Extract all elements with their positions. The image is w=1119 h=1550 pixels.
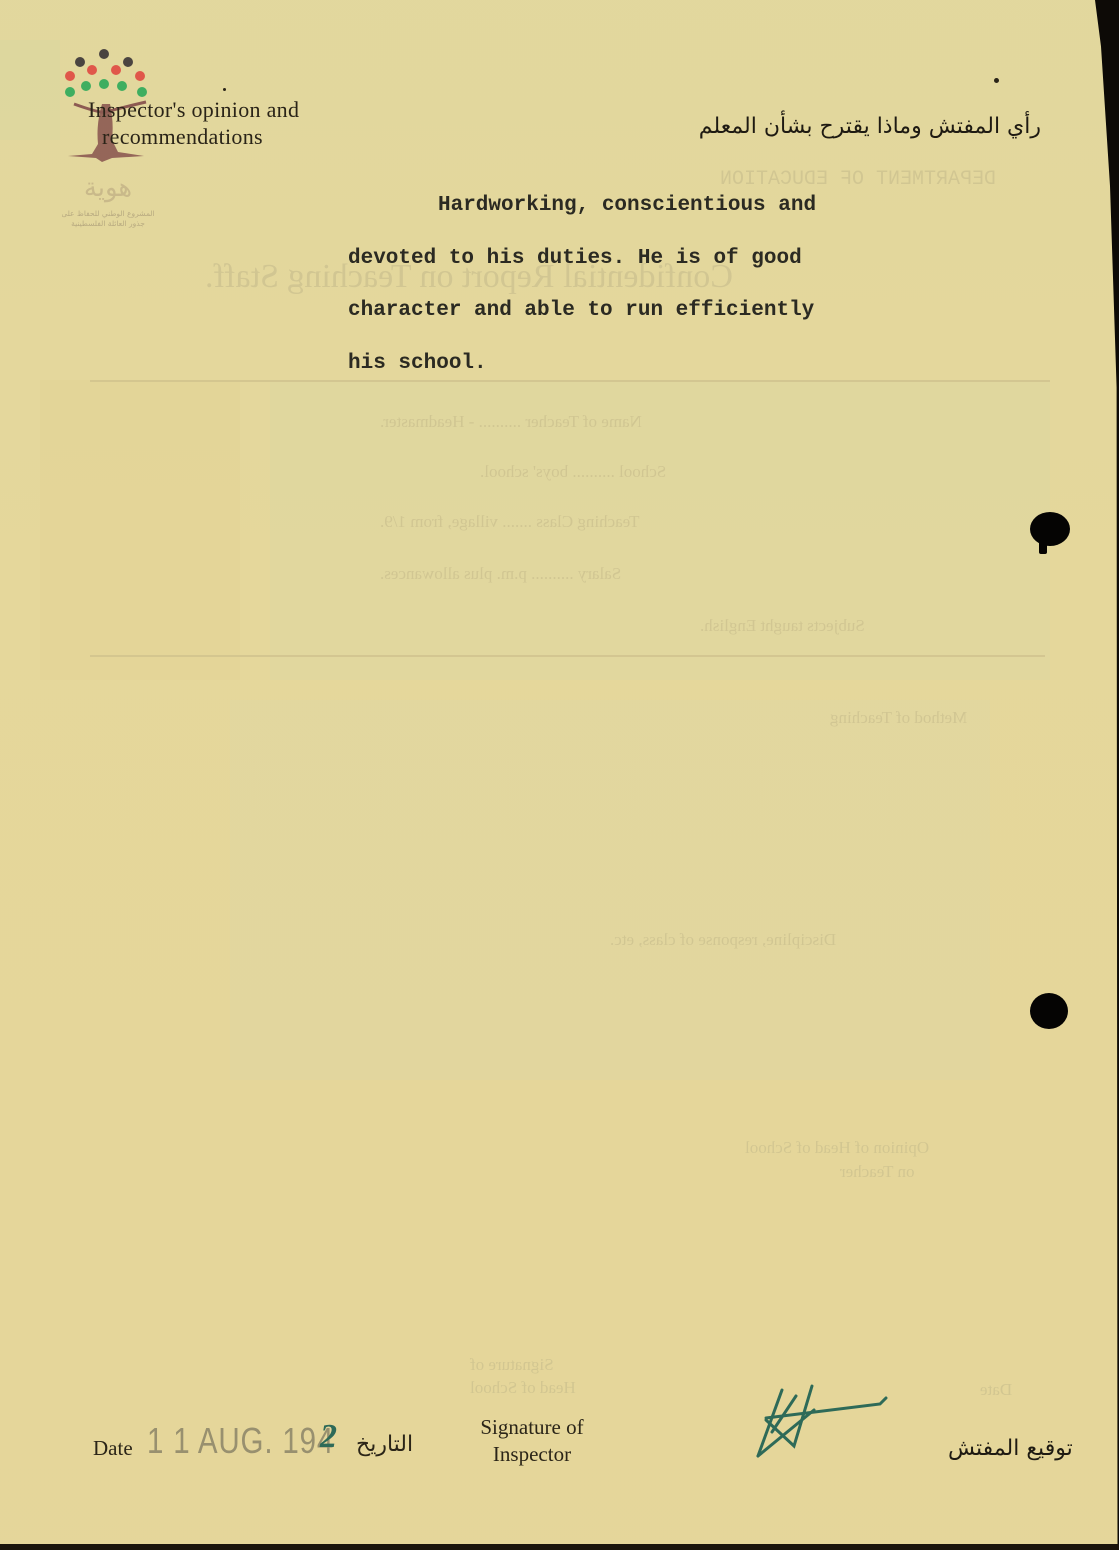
punch-hole	[1030, 993, 1068, 1029]
date-label-arabic: التاريخ	[356, 1432, 413, 1457]
bleed-through-text: Signature of	[470, 1355, 554, 1375]
bleed-through-rule	[90, 655, 1045, 657]
inspector-opinion-text: Hardworking, conscientious and devoted t…	[348, 180, 948, 390]
opinion-line: his school.	[348, 338, 948, 391]
bleed-through-text: School .......... boys' school.	[480, 462, 666, 482]
bleed-through-text: Subjects taught English.	[700, 616, 865, 636]
opinion-line: Hardworking, conscientious and	[348, 180, 948, 233]
bleed-through-text: Opinion of Head of School	[745, 1138, 929, 1158]
punch-hole	[1039, 540, 1047, 554]
bleed-through-text: Discipline, response of class, etc.	[610, 930, 836, 950]
date-stamp: 1 1 AUG. 194	[147, 1420, 334, 1462]
bleed-through-text: Teaching Class ....... village, from 1/9…	[380, 512, 639, 532]
scan-edge-bottom	[0, 1544, 1119, 1550]
svg-text:هوية: هوية	[84, 173, 132, 203]
bleed-through-text: on Teacher	[840, 1162, 914, 1182]
bleed-through-text: Method of Teaching	[830, 708, 967, 728]
section-heading-arabic: رأي المفتش وماذا يقترح بشأن المعلم	[699, 114, 1041, 139]
heading-line-2: recommendations	[88, 123, 299, 150]
handwritten-year-digit: 2	[320, 1418, 337, 1456]
signature-label-arabic: توقيع المفتش	[948, 1436, 1073, 1461]
opinion-line: devoted to his duties. He is of good	[348, 233, 948, 286]
document-page: DEPARTMENT OF EDUCATION Confidential Rep…	[0, 0, 1119, 1550]
ink-dot	[223, 88, 226, 91]
punch-hole	[1030, 512, 1070, 546]
bleed-through-text: Salary .......... p.m. plus allowances.	[380, 564, 621, 584]
section-heading-english: Inspector's opinion and recommendations	[88, 96, 299, 150]
bleed-through-text: Date	[980, 1380, 1012, 1400]
ink-dot	[994, 78, 999, 83]
bleed-through-text: Head of School	[470, 1378, 576, 1398]
scan-edge-right	[1089, 0, 1119, 1550]
scan-patch	[0, 40, 60, 140]
heading-line-1: Inspector's opinion and	[88, 96, 299, 123]
scan-patch	[230, 700, 990, 1080]
date-label: Date	[93, 1436, 133, 1461]
inspector-signature	[752, 1378, 892, 1468]
opinion-line: character and able to run efficiently	[348, 285, 948, 338]
svg-text:جذور العائلة الفلسطينية: جذور العائلة الفلسطينية	[71, 219, 145, 228]
bleed-through-text: Name of Teacher .......... - Headmaster.	[380, 412, 642, 432]
svg-text:المشروع الوطني للحفاظ على: المشروع الوطني للحفاظ على	[62, 209, 155, 218]
scan-patch	[40, 380, 240, 680]
signature-label-line-1: Signature of	[462, 1414, 602, 1441]
signature-label-line-2: Inspector	[462, 1441, 602, 1468]
signature-label: Signature of Inspector	[462, 1414, 602, 1468]
